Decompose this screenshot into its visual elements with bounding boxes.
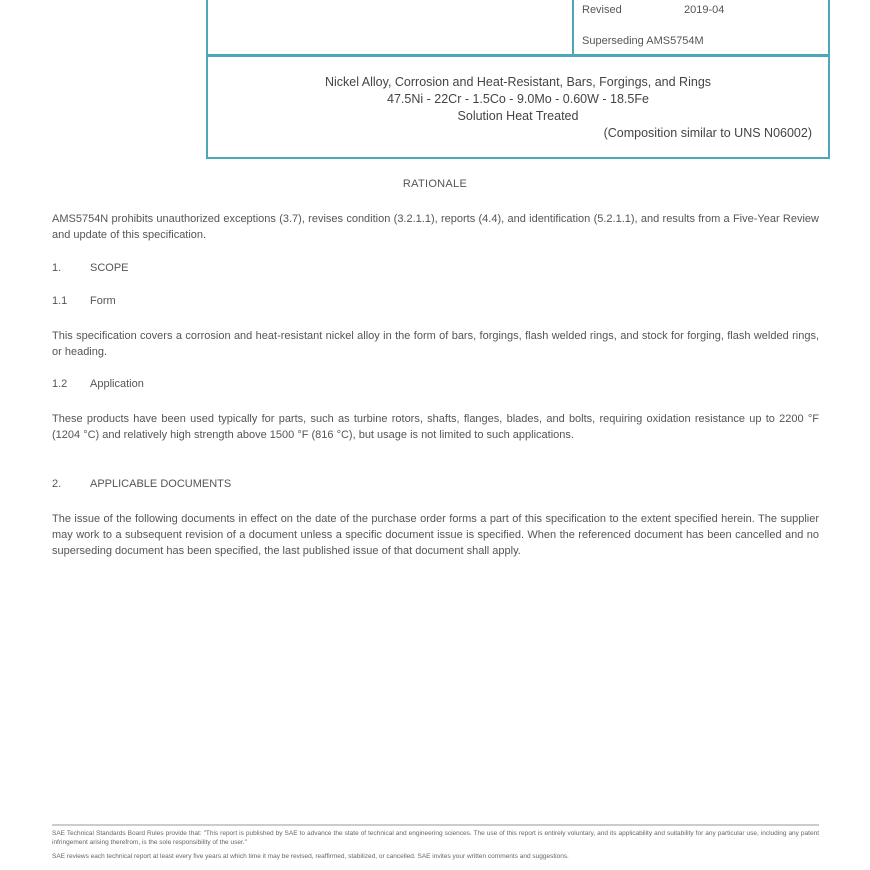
title-line-2: 47.5Ni - 22Cr - 1.5Co - 9.0Mo - 0.60W - … [208,91,828,108]
title-line-3: Solution Heat Treated [208,108,828,125]
section-number: 1.2 [52,378,90,390]
footer-note-2: SAE reviews each technical report at lea… [52,852,819,861]
header-box [206,0,830,56]
section-2-text: The issue of the following documents in … [52,511,819,559]
rationale-heading: RATIONALE [0,178,870,190]
superseding-label: Superseding [582,35,644,47]
section-1-2-text: These products have been used typically … [52,411,819,443]
section-number: 1. [52,262,90,274]
section-1-1-heading: 1.1Form [52,295,116,307]
rationale-text: AMS5754N prohibits unauthorized exceptio… [52,211,819,243]
superseding-value: AMS5754M [646,35,703,47]
header-divider [572,0,574,54]
section-2-heading: 2.APPLICABLE DOCUMENTS [52,478,231,490]
superseding-row: Superseding AMS5754M [582,35,704,47]
title-box: Nickel Alloy, Corrosion and Heat-Resista… [206,55,830,159]
footer-note-1: SAE Technical Standards Board Rules prov… [52,829,819,847]
section-1-heading: 1.SCOPE [52,262,129,274]
section-title: APPLICABLE DOCUMENTS [90,478,231,490]
revised-row: Revised2019-04 [582,4,724,16]
revised-value: 2019-04 [684,4,724,16]
section-number: 2. [52,478,90,490]
title-line-1: Nickel Alloy, Corrosion and Heat-Resista… [208,74,828,91]
section-1-2-heading: 1.2Application [52,378,144,390]
section-title: SCOPE [90,262,129,274]
section-number: 1.1 [52,295,90,307]
section-title: Application [90,378,144,390]
revised-label: Revised [582,4,684,16]
section-title: Form [90,295,116,307]
footer-divider [52,824,819,826]
section-1-1-text: This specification covers a corrosion an… [52,328,819,360]
title-line-4: (Composition similar to UNS N06002) [208,125,828,142]
